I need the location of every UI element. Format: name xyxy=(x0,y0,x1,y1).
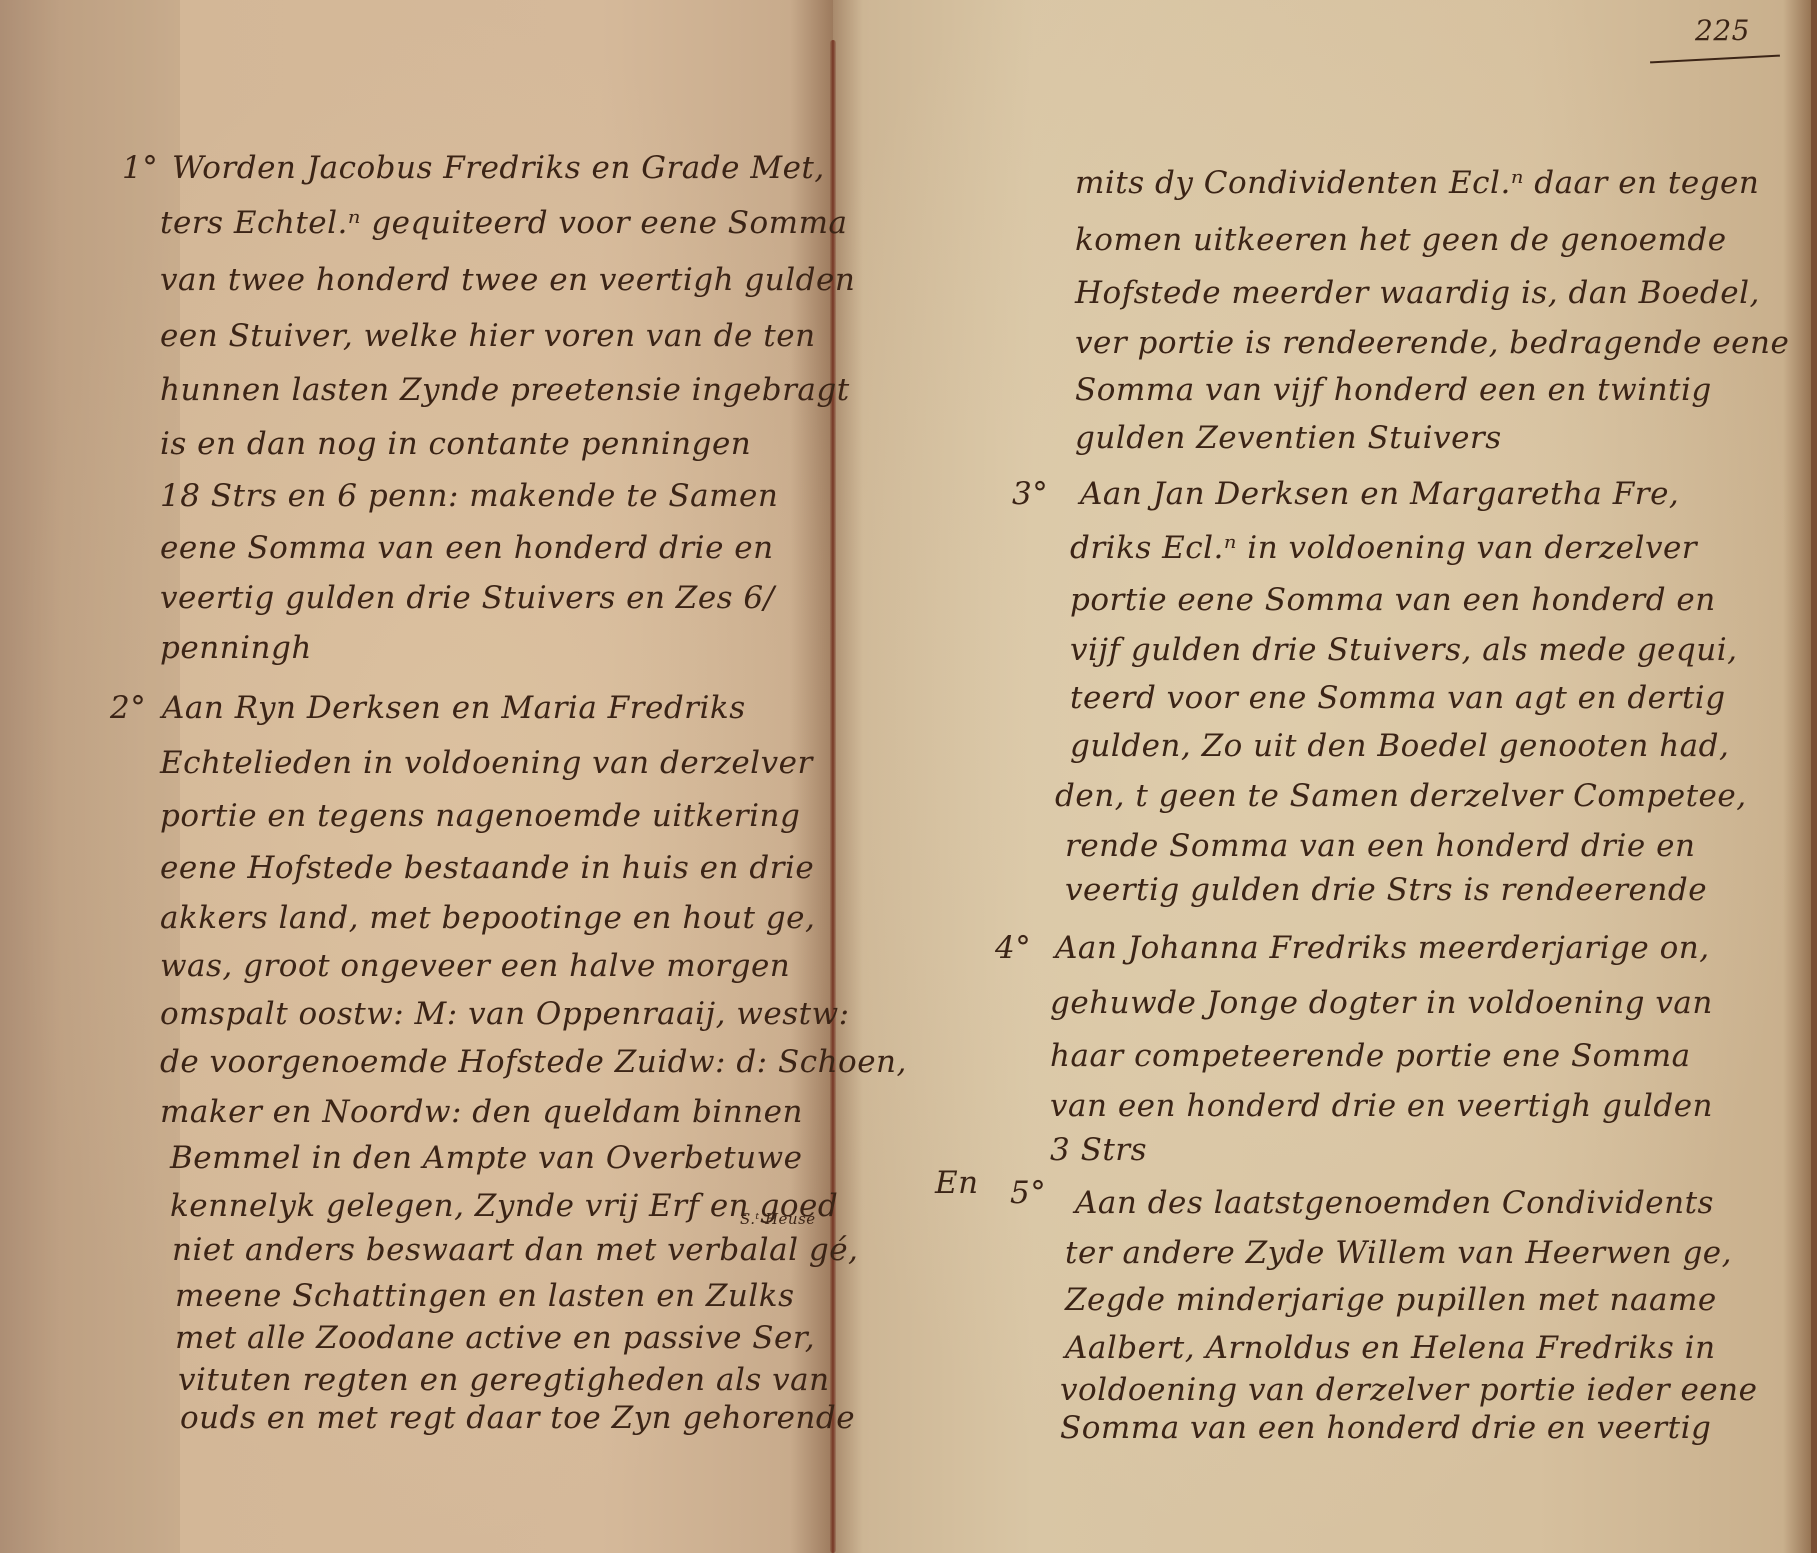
text-line: vituten regten en geregtigheden als van xyxy=(178,1362,830,1398)
text-line: niet anders beswaart dan met verbalal gé… xyxy=(172,1232,858,1268)
page-edge xyxy=(1811,0,1817,1553)
text-line: gulden Zeventien Stuivers xyxy=(1075,420,1502,456)
text-line: een Stuiver, welke hier voren van de ten xyxy=(160,318,816,354)
text-line: Somma van vijf honderd een en twintig xyxy=(1075,372,1712,408)
text-line: eene Hofstede bestaande in huis en drie xyxy=(160,850,814,886)
text-line: akkers land, met bepootinge en hout ge, xyxy=(160,900,815,936)
text-line: met alle Zoodane active en passive Ser, xyxy=(175,1320,815,1356)
text-line: is en dan nog in contante penningen xyxy=(160,426,751,462)
entry-number: 3° xyxy=(1012,476,1048,512)
text-line: ouds en met regt daar toe Zyn gehorende xyxy=(180,1400,855,1436)
text-line: Zegde minderjarige pupillen met naame xyxy=(1065,1282,1717,1318)
text-line: hunnen lasten Zynde preetensie ingebragt xyxy=(160,372,850,408)
text-line: Aan des laatstgenoemden Condividents xyxy=(1075,1185,1714,1221)
text-line: haar competeerende portie ene Somma xyxy=(1050,1038,1691,1074)
text-line: maker en Noordw: den queldam binnen xyxy=(160,1094,803,1130)
text-line: veertig gulden drie Strs is rendeerende xyxy=(1065,872,1707,908)
document-spread: 225 1° Worden Jacobus Fredriks en Grade … xyxy=(0,0,1817,1553)
marginal-note: S.ᵗ Heuse xyxy=(740,1210,816,1228)
text-line: Aan Jan Derksen en Margaretha Fre, xyxy=(1080,476,1679,512)
text-line: van twee honderd twee en veertigh gulden xyxy=(160,262,855,298)
text-line: Aan Ryn Derksen en Maria Fredriks xyxy=(162,690,746,726)
text-line: Hofstede meerder waardig is, dan Boedel, xyxy=(1075,275,1760,311)
text-line: gulden, Zo uit den Boedel genooten had, xyxy=(1070,728,1729,764)
text-line: Worden Jacobus Fredriks en Grade Met, xyxy=(172,150,825,186)
text-line: rende Somma van een honderd drie en xyxy=(1065,828,1695,864)
text-line: eene Somma van een honderd drie en xyxy=(160,530,774,566)
text-line: voldoening van derzelver portie ieder ee… xyxy=(1060,1372,1757,1408)
text-line: komen uitkeeren het geen de genoemde xyxy=(1075,222,1727,258)
text-line: mits dy Condividenten Ecl.ⁿ daar en tege… xyxy=(1075,165,1759,201)
text-line: driks Ecl.ⁿ in voldoening van derzelver xyxy=(1070,530,1697,566)
text-line: ter andere Zyde Willem van Heerwen ge, xyxy=(1065,1235,1732,1271)
text-line: van een honderd drie en veertigh gulden xyxy=(1050,1088,1713,1124)
text-line: Bemmel in den Ampte van Overbetuwe xyxy=(170,1140,802,1176)
text-line: was, groot ongeveer een halve morgen xyxy=(160,948,790,984)
entry-prefix: En xyxy=(935,1165,979,1201)
text-line: ver portie is rendeerende, bedragende ee… xyxy=(1075,325,1789,361)
text-line: vijf gulden drie Stuivers, als mede gequ… xyxy=(1070,632,1737,668)
text-line: veertig gulden drie Stuivers en Zes 6/ xyxy=(160,580,775,616)
text-line: 18 Strs en 6 penn: makende te Samen xyxy=(160,478,778,514)
text-line: portie eene Somma van een honderd en xyxy=(1070,582,1716,618)
text-line: 3 Strs xyxy=(1050,1132,1147,1168)
text-line: de voorgenoemde Hofstede Zuidw: d: Schoe… xyxy=(160,1044,907,1080)
text-line: Echtelieden in voldoening van derzelver xyxy=(160,745,813,781)
entry-number: 4° xyxy=(995,930,1031,966)
page-number: 225 xyxy=(1695,14,1750,47)
entry-number: 2° xyxy=(110,690,146,726)
text-line: kennelyk gelegen, Zynde vrij Erf en goed xyxy=(170,1188,838,1224)
entry-number: 5° xyxy=(1010,1175,1046,1211)
entry-number: 1° xyxy=(122,150,158,186)
text-line: teerd voor ene Somma van agt en dertig xyxy=(1070,680,1726,716)
text-line: Somma van een honderd drie en veertig xyxy=(1060,1410,1711,1446)
text-line: ters Echtel.ⁿ gequiteerd voor eene Somma xyxy=(160,205,847,241)
text-line: gehuwde Jonge dogter in voldoening van xyxy=(1050,985,1713,1021)
text-line: portie en tegens nagenoemde uitkering xyxy=(160,798,800,834)
text-line: Aalbert, Arnoldus en Helena Fredriks in xyxy=(1065,1330,1716,1366)
text-line: meene Schattingen en lasten en Zulks xyxy=(175,1278,794,1314)
text-line: Aan Johanna Fredriks meerderjarige on, xyxy=(1055,930,1710,966)
text-line: den, t geen te Samen derzelver Competee, xyxy=(1055,778,1747,814)
text-line: omspalt oostw: M: van Oppenraaij, westw: xyxy=(160,996,850,1032)
page-shadow xyxy=(0,0,180,1553)
text-line: penningh xyxy=(160,630,312,666)
